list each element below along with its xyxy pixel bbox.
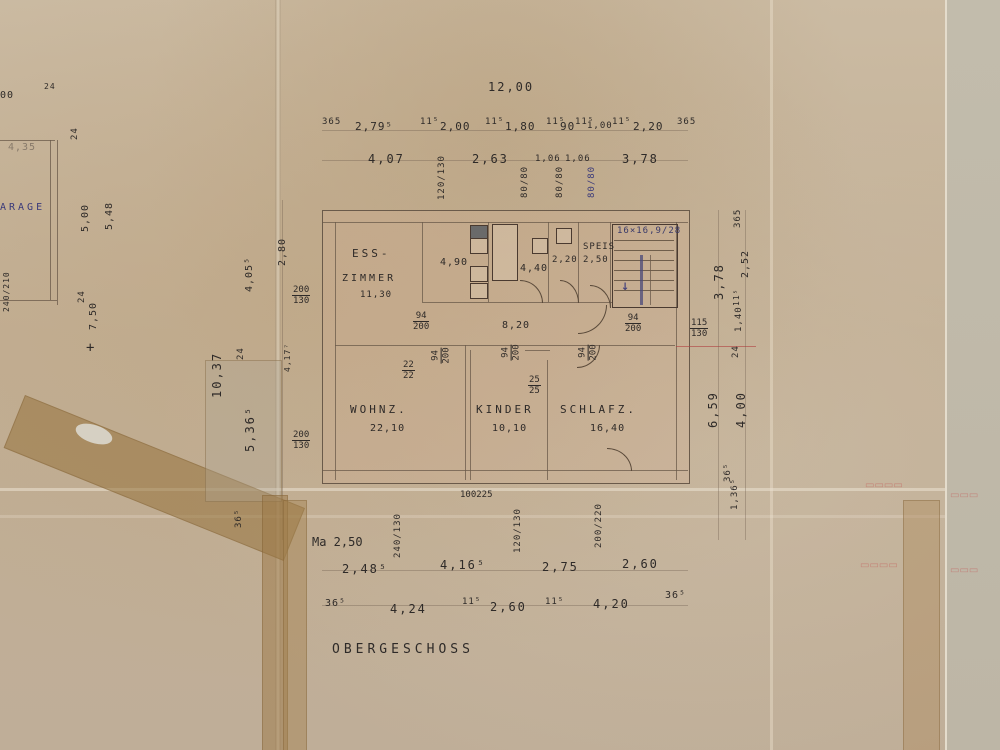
room-area: 2,20 — [552, 255, 578, 265]
garage-wall — [0, 140, 55, 141]
dim-label: 24 — [731, 345, 741, 358]
dim-label: 1,06 — [535, 154, 561, 164]
door-size: 94200 — [501, 344, 522, 360]
dim-label: 24 — [70, 127, 80, 140]
room-area: 2,50 — [583, 255, 609, 265]
stair-spec: 16×16,9/28 — [617, 226, 681, 236]
dim-label: 2,63 — [472, 152, 509, 166]
wall-line — [335, 222, 336, 480]
counter-fixture — [470, 238, 488, 254]
window-size-label: 200/220 — [594, 503, 604, 548]
dim-label: 365 — [733, 209, 743, 228]
wall-line — [525, 350, 550, 351]
door-size: 94200 — [431, 347, 452, 363]
dim-label: 4,00 — [734, 391, 748, 428]
stair-step — [614, 260, 674, 261]
dim-label: 11⁵ — [462, 597, 481, 607]
dim-label: 11⁵ — [732, 289, 741, 306]
stair-rail — [640, 255, 643, 305]
dim-label: 3,78 — [622, 152, 659, 166]
window-size-label: 80/80 — [587, 166, 597, 198]
window-size-label: 240/210 — [2, 271, 11, 312]
room-name: WOHNZ. — [350, 403, 408, 416]
dim-label: 24 — [77, 290, 87, 303]
dim-label: 4,17⁷ — [283, 343, 292, 372]
dim-label: 10,37 — [210, 352, 224, 398]
room-name: ESS- — [352, 247, 391, 260]
door-size: 94200 — [625, 313, 641, 334]
window-size: 115130 — [690, 318, 708, 339]
wall-line — [488, 222, 489, 302]
room-area: 8,20 — [502, 320, 530, 331]
dim-label: 365 — [677, 117, 696, 127]
dim-label: 1,40 — [734, 306, 744, 332]
dim-label: 4,07 — [368, 152, 405, 166]
dim-label: 24 — [44, 82, 56, 91]
floor-label: OBERGESCHOSS — [332, 642, 474, 657]
dim-label: 4,24 — [390, 602, 427, 616]
floor-plan: ↓ — [0, 0, 1000, 750]
window-size: 200130 — [292, 285, 310, 306]
dim-label: 36⁵ — [234, 509, 244, 528]
door-size: 94200 — [413, 311, 429, 332]
wall-line — [322, 470, 688, 471]
room-area: 4,90 — [440, 257, 468, 268]
dim-label: 11⁵ — [420, 117, 439, 127]
dim-label: 36⁵ — [325, 598, 346, 609]
wall-line — [610, 222, 611, 307]
bathtub-fixture — [492, 224, 518, 281]
dim-label: 1,00 — [587, 121, 613, 131]
chimney-size: 2222 — [402, 360, 415, 381]
wall-line — [470, 350, 471, 480]
dim-label: 36⁵ — [665, 590, 686, 601]
dim-overall-width: 12,00 — [488, 80, 534, 94]
dimension-line — [718, 210, 719, 540]
dim-label: 365 — [322, 117, 341, 127]
window-size-label: 80/80 — [520, 166, 530, 198]
room-area: 10,10 — [492, 423, 527, 434]
wall-line — [547, 360, 548, 480]
dim-label: 4,05⁵ — [244, 257, 255, 292]
dim-label: 3,78 — [712, 263, 726, 300]
room-area: 16,40 — [590, 423, 625, 434]
dim-label: 4,20 — [593, 597, 630, 611]
dim-label: 90 — [560, 120, 575, 133]
dim-label: 7,50 — [88, 302, 99, 330]
chimney-size: 2525 — [528, 375, 541, 396]
dim-label: 2,48⁵ — [342, 562, 388, 576]
dim-label: 1,80 — [505, 120, 536, 133]
washbasin-fixture — [532, 238, 548, 254]
dim-label: 5,00 — [80, 204, 91, 232]
signature: Ma 2,50 — [312, 535, 363, 549]
wall-line — [322, 222, 688, 223]
room-area: 4,40 — [520, 263, 548, 274]
dim-label: 1,36⁵ — [730, 478, 740, 510]
dim-label: 2,80 — [277, 238, 288, 266]
stair-step — [614, 250, 674, 251]
garage-wall — [57, 140, 58, 305]
garage-wall — [50, 140, 51, 300]
dim-label: 11⁵ — [545, 597, 564, 607]
dim-label: 2,52 — [740, 250, 751, 278]
stove-fixture — [470, 225, 488, 239]
dim-label: 2,60 — [490, 600, 527, 614]
dim-label: 1,06 — [565, 154, 591, 164]
staircase — [612, 224, 678, 308]
stair-step — [614, 240, 674, 241]
tape-strip — [283, 500, 307, 750]
dim-label: 2,79⁵ — [355, 120, 393, 133]
stair-step — [614, 270, 674, 271]
wall-line — [578, 222, 579, 302]
wall-line — [422, 302, 612, 303]
red-dimension-line — [676, 346, 756, 347]
wall-line — [465, 345, 466, 480]
fragment-label: 00 — [0, 90, 14, 101]
dim-label: 2,75 — [542, 560, 579, 574]
crosshair-mark-icon: + — [86, 340, 95, 356]
tape-strip — [903, 500, 940, 750]
room-area: 11,30 — [360, 290, 392, 300]
window-size: 200130 — [292, 430, 310, 451]
fridge-fixture — [470, 283, 488, 299]
dim-label: 2,00 — [440, 120, 471, 133]
dim-label: 24 — [236, 347, 246, 360]
dim-label: 4,35 — [8, 142, 36, 153]
dim-label: 6,59 — [706, 391, 720, 428]
stair-arrow-icon: ↓ — [621, 278, 630, 294]
room-name: KINDER — [476, 403, 534, 416]
door-size: 94200 — [578, 344, 599, 360]
wall-line — [548, 222, 549, 302]
toilet-fixture — [556, 228, 572, 244]
dim-label: 4,16⁵ — [440, 558, 486, 572]
window-size-label: 120/130 — [437, 155, 447, 200]
wall-line — [422, 222, 423, 302]
room-name: SPEIS — [583, 242, 615, 252]
dim-label: 5,36⁵ — [243, 406, 257, 452]
dim-label: 11⁵ — [485, 117, 504, 127]
room-name: ZIMMER — [342, 273, 396, 284]
stair-rail — [650, 255, 651, 305]
garage-label: ARAGE — [0, 202, 45, 213]
window-size-label: 240/130 — [393, 513, 403, 558]
dim-label: 5,48 — [104, 202, 115, 230]
window-size-label: 120/130 — [513, 508, 523, 553]
dim-label: 2,20 — [633, 120, 664, 133]
window-size: 100225 — [460, 490, 493, 500]
window-size-label: 80/80 — [555, 166, 565, 198]
dim-label: 11⁵ — [612, 117, 631, 127]
room-area: 22,10 — [370, 423, 405, 434]
room-name: SCHLAFZ. — [560, 403, 637, 416]
sink-fixture — [470, 266, 488, 282]
dim-label: 2,60 — [622, 557, 659, 571]
